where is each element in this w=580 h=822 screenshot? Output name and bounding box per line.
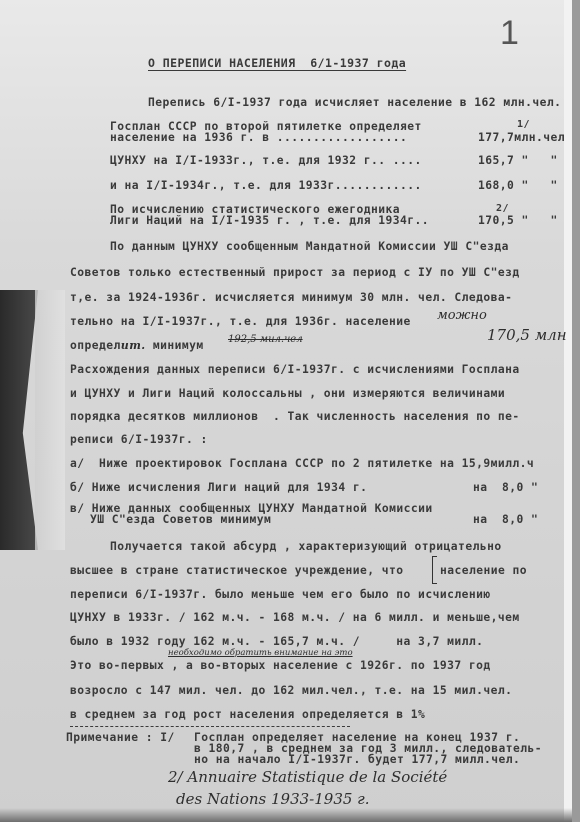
scan-bottom-shadow (0, 808, 572, 822)
para2-line-4: реписи 6/I-1937г. : (70, 434, 208, 446)
para3-line-4: ЦУНХУ в 1933г. / 162 м.ч. - 168 м.ч. / н… (70, 612, 520, 624)
para1-line-5: определит. минимум (70, 340, 204, 352)
para3-line-7: возросло с 147 мил. чел. до 162 мил.чел.… (70, 685, 512, 697)
page-edge (564, 0, 572, 822)
separator-rule (70, 726, 350, 727)
para2-line-1: Расхождения данных переписи 6/I-1937г. с… (70, 364, 520, 376)
para1-line-4: тельно на I/I-1937г., т.е. для 1936г. на… (70, 316, 411, 328)
handwritten-footnote-2-line2: des Nations 1933-1935 г. (176, 790, 370, 808)
para3-line-5: было в 1932 году 162 м.ч. - 165,7 м.ч. /… (70, 636, 483, 648)
list-item-c-value: на 8,0 " (473, 514, 538, 526)
scan-shadow (0, 290, 38, 550)
summary-gosplan-value: 177,7млн.чел (478, 132, 565, 144)
note-label: Примечание : I/ (66, 732, 175, 744)
document-title: О ПЕРЕПИСИ НАСЕЛЕНИЯ 6/1-1937 года (148, 57, 406, 69)
summary-tsunkhu-1932: ЦУНХУ на I/I-1933г., т.е. для 1932 г.. .… (110, 155, 422, 167)
handwritten-struck-value: 192,5 мил.чел (228, 334, 303, 345)
summary-gosplan-text2: население на 1936 г. в .................… (110, 132, 407, 144)
para3-line-6: Это во-первых , а во-вторых население с … (70, 660, 491, 672)
para3-line-2: высшее в стране статистическое учреждени… (70, 565, 404, 577)
list-item-c-line2: УШ С"езда Советов минимум (90, 514, 271, 526)
para3-line-2b: население по (440, 565, 527, 577)
handwritten-bracket (432, 556, 437, 584)
para2-line-3: порядка десятков миллионов . Так численн… (70, 411, 520, 423)
summary-league-text2: Лиги Наций на I/I-1935 г. , т.е. для 193… (110, 215, 429, 227)
document-page: 1 О ПЕРЕПИСИ НАСЕЛЕНИЯ 6/1-1937 года Пер… (0, 0, 572, 822)
para1-line-2: Советов только естественный прирост за п… (70, 267, 520, 279)
list-item-b: б/ Ниже исчисления Лиги наций для 1934 г… (70, 482, 367, 494)
para1-line-3: т,е. за 1924-1936г. исчисляется минимум … (70, 292, 512, 304)
page-fold (35, 290, 65, 550)
summary-line-census: Перепись 6/I-1937 года исчисляет населен… (148, 97, 561, 109)
page-number: 1 (500, 14, 519, 53)
list-item-b-value: на 8,0 " (473, 482, 538, 494)
list-item-a: а/ Ниже проектировок Госплана СССР по 2 … (70, 458, 534, 470)
summary-tsunkhu-1933: и на I/I-1934г., т.е. для 1933г.........… (110, 180, 422, 192)
handwritten-footnote-2-line1: 2/ Annuaire Statistique de la Société (168, 768, 447, 786)
footnote-marker-1: 1/ (517, 119, 530, 131)
para2-line-2: и ЦУНХУ и Лиги Наций колоссальны , они и… (70, 388, 505, 400)
summary-tsunkhu-1932-value: 165,7 " " (478, 155, 558, 167)
handwritten-margin-note: необходимо обратить внимание на это (168, 648, 353, 658)
handwritten-mozhno: можно (437, 308, 487, 323)
para3-line-3: переписи 6/I-1937г. было меньше чем его … (70, 589, 491, 601)
para3-line-8: в среднем за год рост населения определя… (70, 709, 425, 721)
para1-line-1: По данным ЦУНХУ сообщенным Мандатной Ком… (110, 241, 509, 253)
para3-line-1: Получается такой абсурд , характеризующи… (110, 541, 502, 553)
handwritten-figure: 170,5 млн (487, 326, 567, 344)
summary-tsunkhu-1933-value: 168,0 " " (478, 180, 558, 192)
handwritten-ito: ит. (121, 339, 146, 352)
summary-league-value: 170,5 " " (478, 215, 558, 227)
note-line-3: но на начало I/I-1937г. будет 177,7 милл… (194, 754, 520, 766)
